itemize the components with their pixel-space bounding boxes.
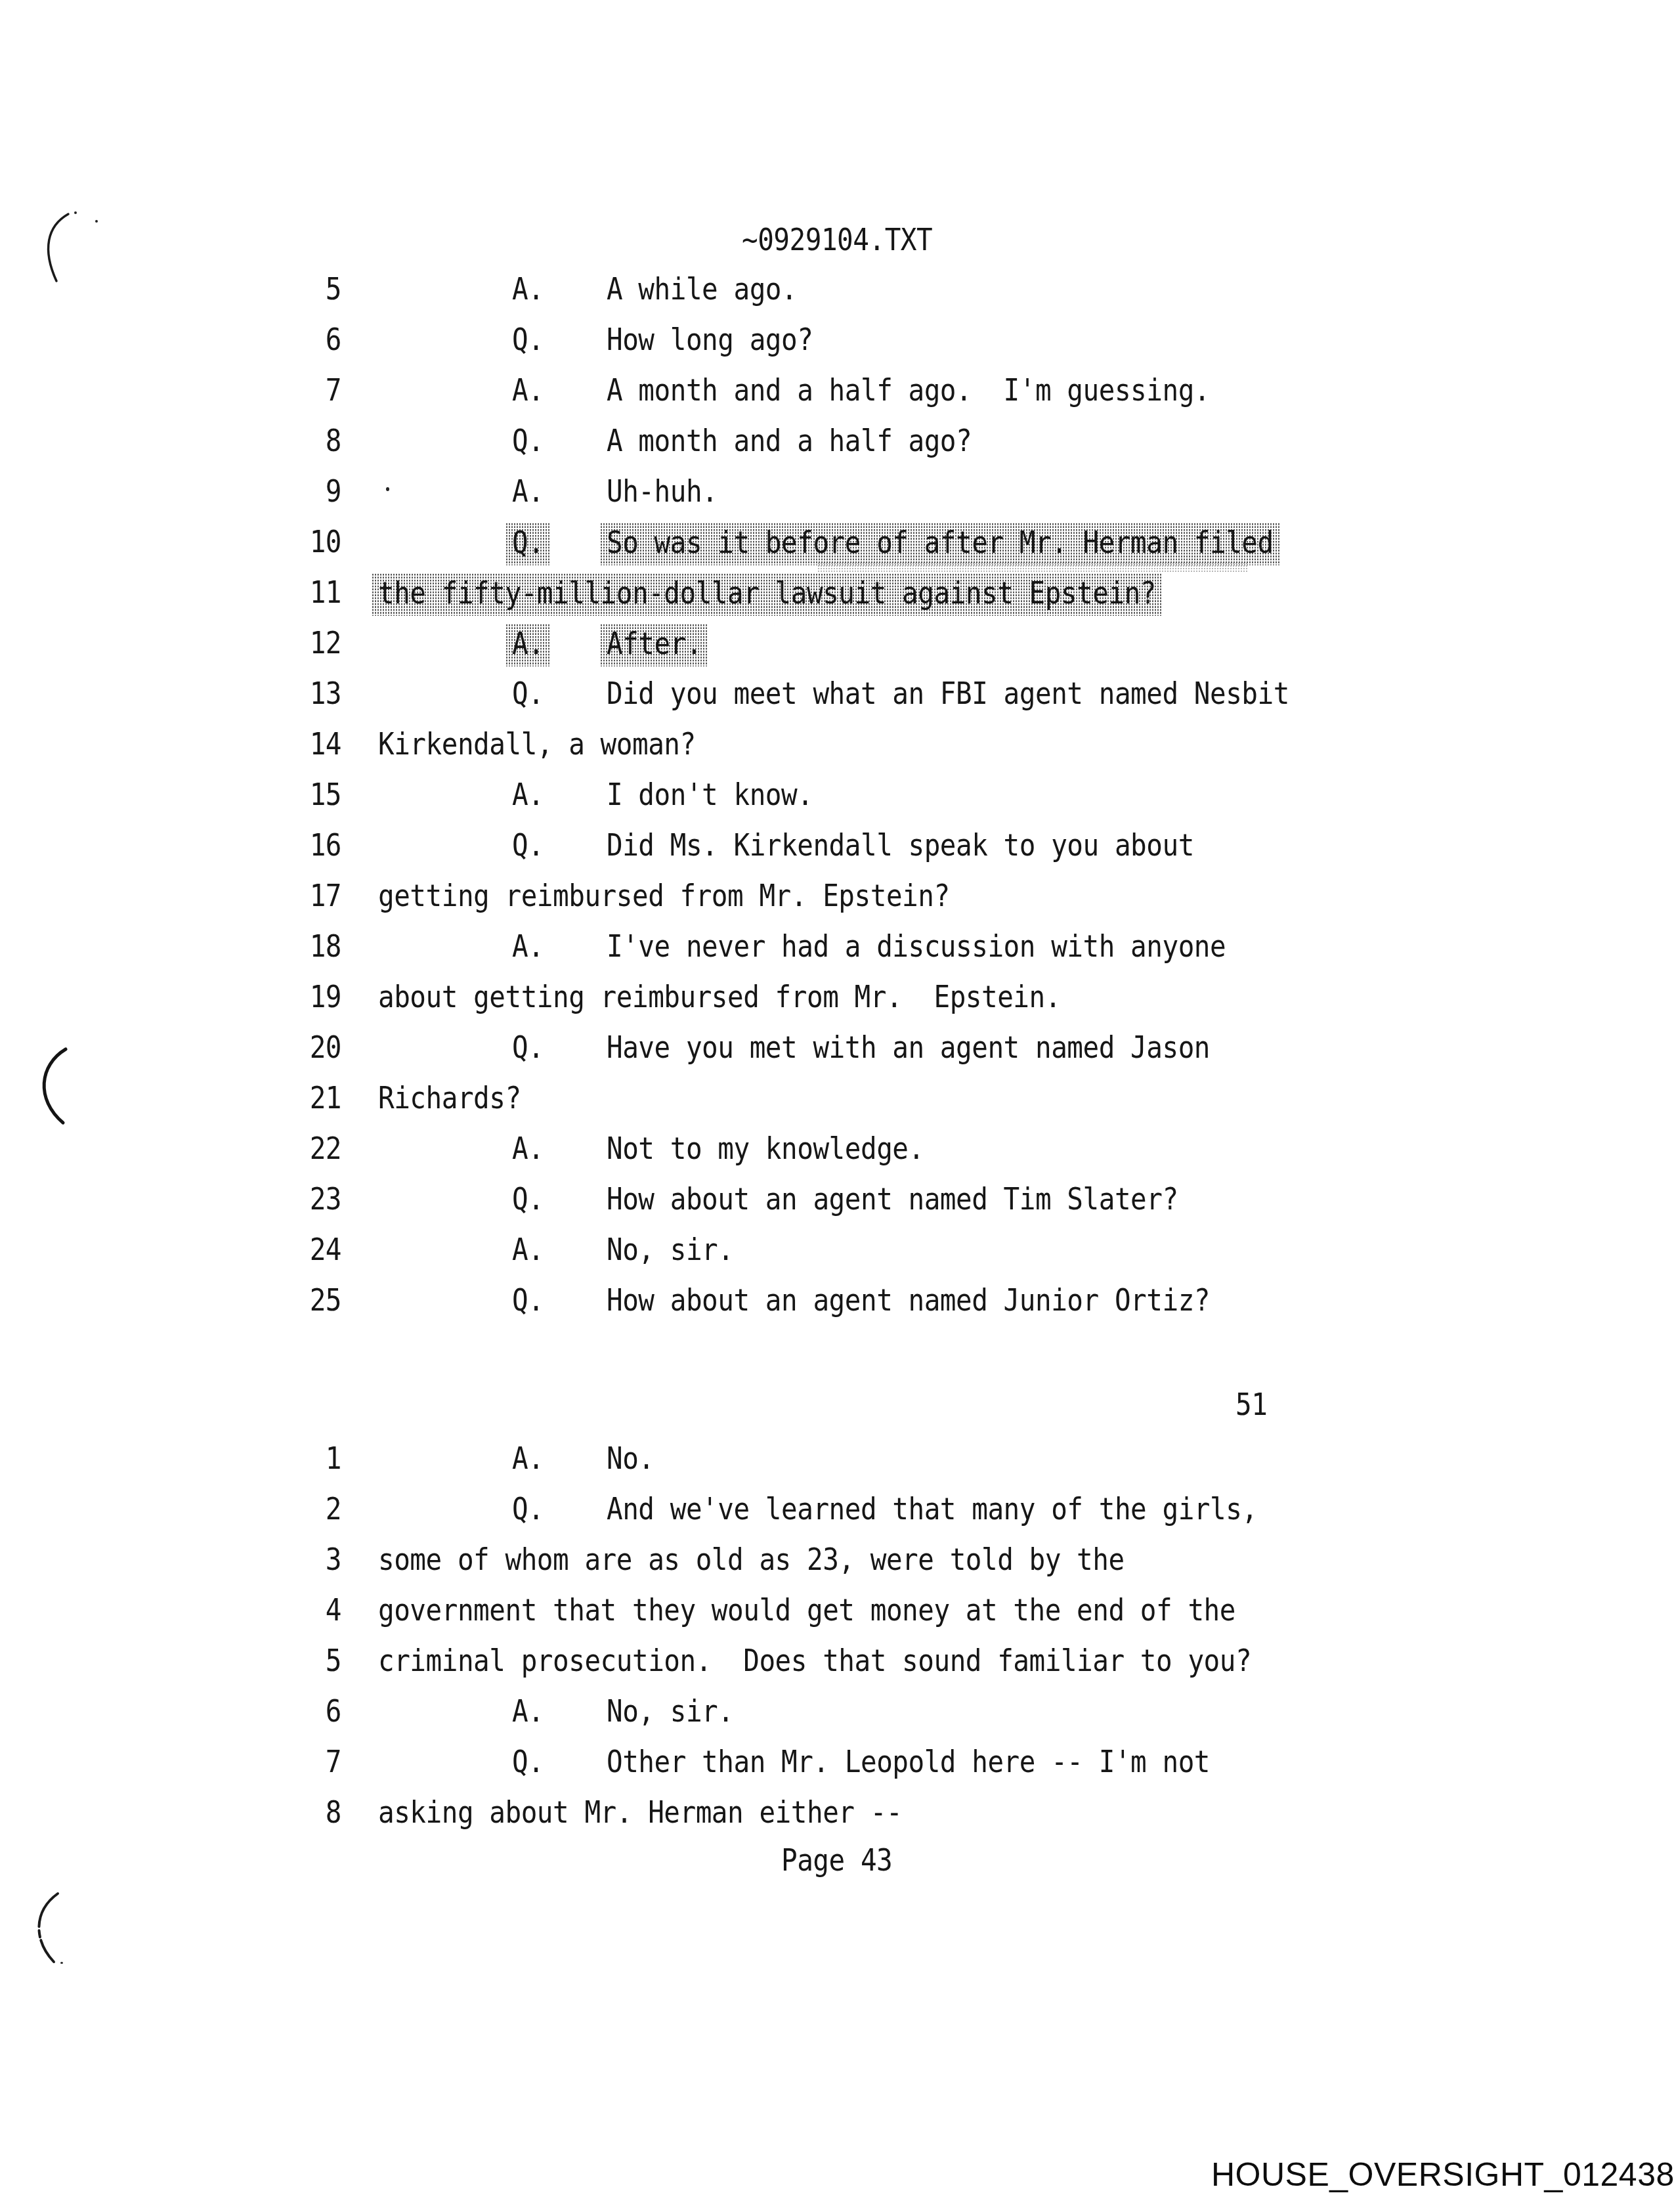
line-number: 6	[282, 1695, 341, 1729]
speaker-prefix: A.	[512, 1233, 544, 1267]
transcript-line: 20Q.Have you met with an agent named Jas…	[0, 1031, 1674, 1081]
line-number: 4	[282, 1594, 341, 1628]
speaker-prefix: Q.	[512, 829, 544, 863]
line-text: some of whom are as old as 23, were told…	[378, 1543, 1125, 1577]
speaker-prefix: A.	[512, 475, 544, 509]
speaker-prefix: Q.	[512, 1284, 544, 1318]
line-number: 11	[282, 576, 341, 610]
transcript-line: 5criminal prosecution. Does that sound f…	[0, 1644, 1674, 1695]
transcript-line: 9A.Uh-huh.	[0, 475, 1674, 525]
scan-mark-paren-bottom	[32, 1891, 70, 1968]
line-number: 9	[282, 475, 341, 509]
line-number: 8	[282, 1796, 341, 1830]
line-text: asking about Mr. Herman either --	[378, 1796, 902, 1830]
transcript-line: 3some of whom are as old as 23, were tol…	[0, 1543, 1674, 1594]
line-text: I've never had a discussion with anyone	[607, 930, 1226, 964]
transcript-line: 23Q.How about an agent named Tim Slater?	[0, 1182, 1674, 1233]
speaker-prefix: A.	[512, 1132, 544, 1166]
line-text: government that they would get money at …	[378, 1594, 1235, 1628]
transcript-block-1: 5A.A while ago.6Q.How long ago?7A.A mont…	[0, 272, 1674, 1334]
transcript-line: 11the fifty-million-dollar lawsuit again…	[0, 576, 1674, 626]
line-text: So was it before of after Mr. Herman fil…	[600, 523, 1280, 565]
line-text: Other than Mr. Leopold here -- I'm not	[607, 1745, 1210, 1779]
page-footer-label: Page 43	[781, 1842, 892, 1878]
speaker-prefix: Q.	[512, 1745, 544, 1779]
line-number: 10	[282, 525, 341, 559]
line-number: 14	[282, 727, 341, 762]
transcript-line: 18A.I've never had a discussion with any…	[0, 930, 1674, 980]
line-text: criminal prosecution. Does that sound fa…	[378, 1644, 1251, 1678]
document-title: ~0929104.TXT	[742, 222, 932, 257]
line-text: A month and a half ago?	[607, 424, 972, 458]
transcript-line: 4government that they would get money at…	[0, 1594, 1674, 1644]
speaker-prefix: A.	[512, 778, 544, 812]
speaker-prefix: Q.	[512, 323, 544, 357]
transcript-line: 7Q.Other than Mr. Leopold here -- I'm no…	[0, 1745, 1674, 1796]
line-text: How about an agent named Junior Ortiz?	[607, 1284, 1210, 1318]
line-number: 13	[282, 677, 341, 711]
scan-speck	[60, 1962, 63, 1964]
line-number: 19	[282, 980, 341, 1014]
transcript-line: 5A.A while ago.	[0, 272, 1674, 323]
transcript-line: 15A.I don't know.	[0, 778, 1674, 829]
line-number: 5	[282, 272, 341, 307]
transcript-line: 1A.No.	[0, 1442, 1674, 1492]
transcript-line: 19about getting reimbursed from Mr. Epst…	[0, 980, 1674, 1031]
transcript-line: 10Q.So was it before of after Mr. Herman…	[0, 525, 1674, 576]
speaker-prefix: A.	[505, 624, 550, 666]
line-text: A while ago.	[607, 272, 797, 307]
line-text: No, sir.	[607, 1695, 733, 1729]
line-text: Richards?	[378, 1081, 521, 1116]
line-number: 7	[282, 374, 341, 408]
line-number: 17	[282, 879, 341, 913]
transcript-line: 7A.A month and a half ago. I'm guessing.	[0, 374, 1674, 424]
speaker-prefix: Q.	[512, 1031, 544, 1065]
bates-stamp: HOUSE_OVERSIGHT_012438	[1211, 2156, 1674, 2194]
line-number: 15	[282, 778, 341, 812]
line-number: 7	[282, 1745, 341, 1779]
line-number: 12	[282, 626, 341, 661]
line-text: Did you meet what an FBI agent named Nes…	[607, 677, 1289, 711]
transcript-line: 14Kirkendall, a woman?	[0, 727, 1674, 778]
line-text: Not to my knowledge.	[607, 1132, 924, 1166]
line-number: 2	[282, 1492, 341, 1527]
line-text: about getting reimbursed from Mr. Epstei…	[378, 980, 1061, 1014]
transcript-line: 24A.No, sir.	[0, 1233, 1674, 1284]
line-text: No.	[607, 1442, 655, 1476]
line-number: 16	[282, 829, 341, 863]
transcript-line: 25Q.How about an agent named Junior Orti…	[0, 1284, 1674, 1334]
line-text: How about an agent named Tim Slater?	[607, 1182, 1178, 1217]
transcript-block-2: 1A.No.2Q.And we've learned that many of …	[0, 1442, 1674, 1846]
document-page: ~0929104.TXT 5A.A while ago.6Q.How long …	[0, 0, 1674, 2212]
line-text: How long ago?	[607, 323, 813, 357]
transcript-line: 13Q.Did you meet what an FBI agent named…	[0, 677, 1674, 727]
transcript-line: 16Q.Did Ms. Kirkendall speak to you abou…	[0, 829, 1674, 879]
line-text: Kirkendall, a woman?	[378, 727, 696, 762]
line-number: 1	[282, 1442, 341, 1476]
line-text: Have you met with an agent named Jason	[607, 1031, 1210, 1065]
line-number: 6	[282, 323, 341, 357]
line-text: Did Ms. Kirkendall speak to you about	[607, 829, 1194, 863]
transcript-line: 8asking about Mr. Herman either --	[0, 1796, 1674, 1846]
line-number: 22	[282, 1132, 341, 1166]
line-text: the fifty-million-dollar lawsuit against…	[372, 573, 1163, 616]
line-text: And we've learned that many of the girls…	[607, 1492, 1258, 1527]
line-number: 8	[282, 424, 341, 458]
speaker-prefix: Q.	[505, 523, 550, 565]
line-number: 3	[282, 1543, 341, 1577]
line-text: After.	[600, 624, 708, 666]
line-number: 5	[282, 1644, 341, 1678]
transcript-line: 17getting reimbursed from Mr. Epstein?	[0, 879, 1674, 930]
line-text: No, sir.	[607, 1233, 733, 1267]
speaker-prefix: Q.	[512, 677, 544, 711]
transcript-line: 22A.Not to my knowledge.	[0, 1132, 1674, 1182]
line-text: A month and a half ago. I'm guessing.	[607, 374, 1210, 408]
line-number: 23	[282, 1182, 341, 1217]
page-number-51: 51	[1235, 1387, 1267, 1422]
line-number: 20	[282, 1031, 341, 1065]
line-text: I don't know.	[607, 778, 813, 812]
transcript-line: 12A.After.	[0, 626, 1674, 677]
speaker-prefix: Q.	[512, 1492, 544, 1527]
line-number: 18	[282, 930, 341, 964]
line-number: 25	[282, 1284, 341, 1318]
scan-speck	[95, 220, 98, 223]
line-text: getting reimbursed from Mr. Epstein?	[378, 879, 950, 913]
scan-speck	[74, 211, 77, 214]
speaker-prefix: Q.	[512, 424, 544, 458]
line-number: 24	[282, 1233, 341, 1267]
speaker-prefix: Q.	[512, 1182, 544, 1217]
speaker-prefix: A.	[512, 272, 544, 307]
speaker-prefix: A.	[512, 1442, 544, 1476]
line-number: 21	[282, 1081, 341, 1116]
transcript-line: 21Richards?	[0, 1081, 1674, 1132]
speaker-prefix: A.	[512, 1695, 544, 1729]
speaker-prefix: A.	[512, 374, 544, 408]
transcript-line: 2Q.And we've learned that many of the gi…	[0, 1492, 1674, 1543]
transcript-line: 8Q.A month and a half ago?	[0, 424, 1674, 475]
line-text: Uh-huh.	[607, 475, 718, 509]
transcript-line: 6Q.How long ago?	[0, 323, 1674, 374]
speaker-prefix: A.	[512, 930, 544, 964]
transcript-line: 6A.No, sir.	[0, 1695, 1674, 1745]
